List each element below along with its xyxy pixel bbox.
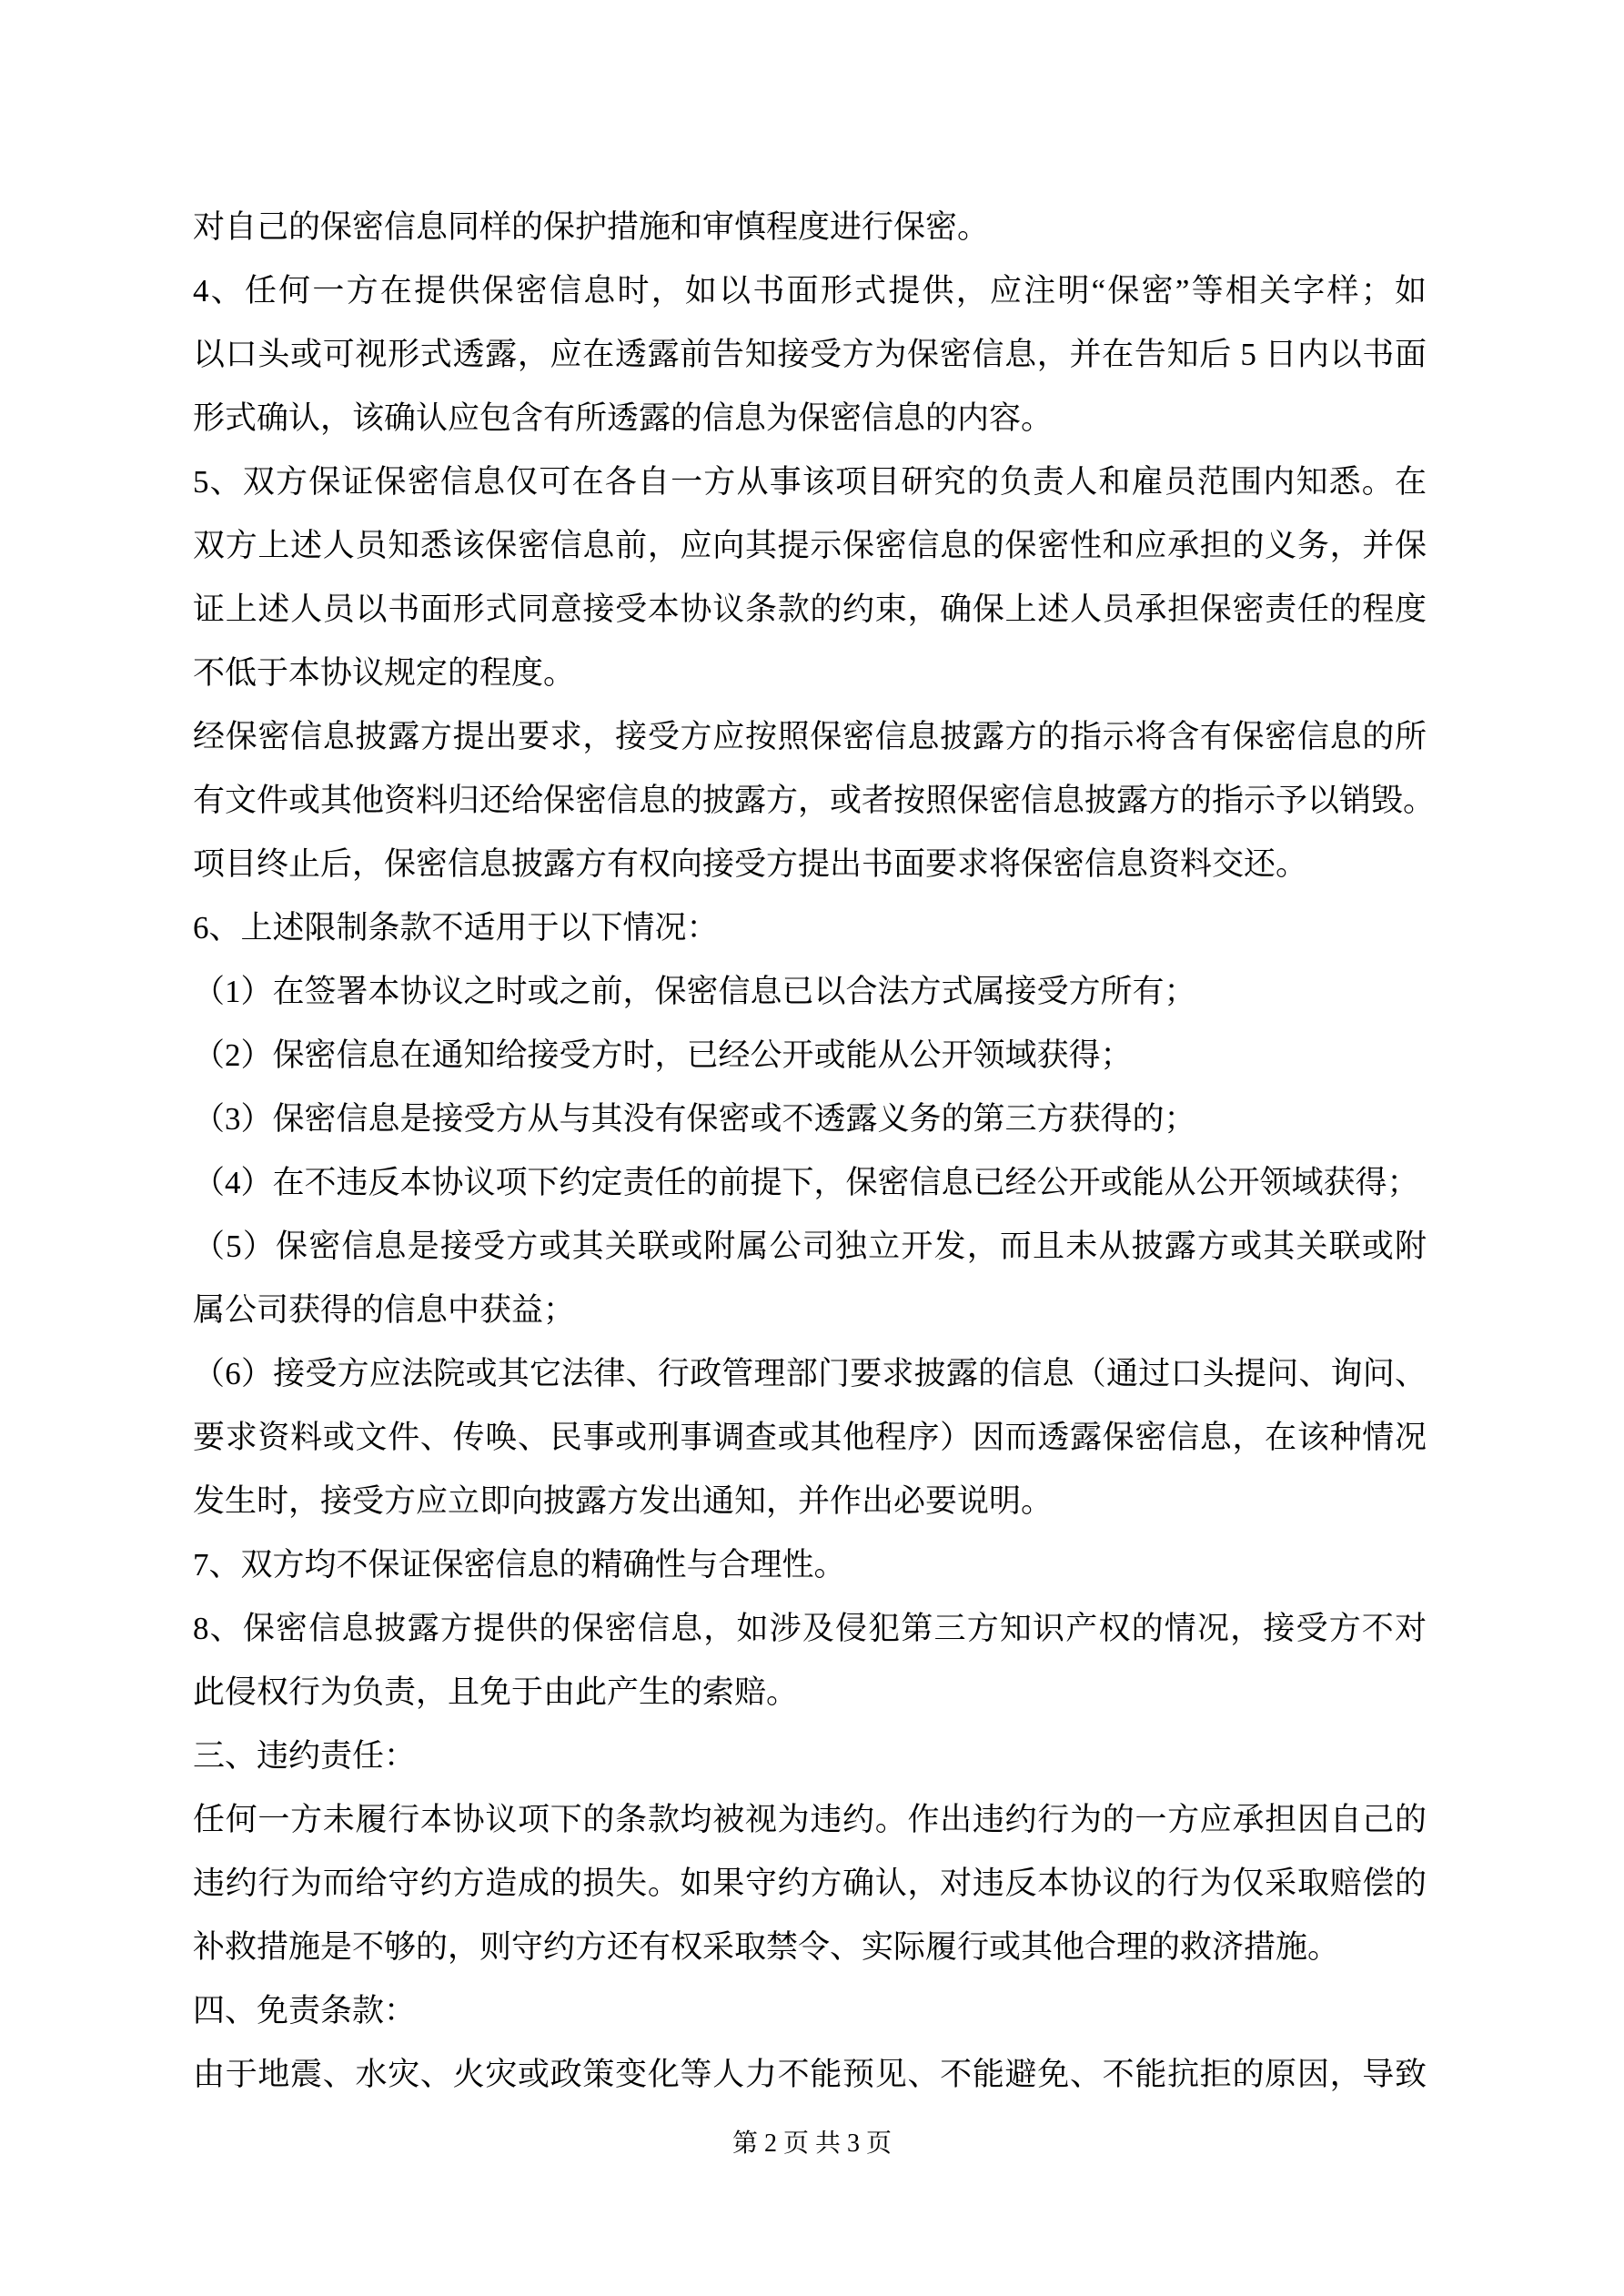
text-line: 7、双方均不保证保密信息的精确性与合理性。 xyxy=(193,1533,1427,1597)
text-line: 四、免责条款： xyxy=(193,1979,1427,2043)
text-line: 对自己的保密信息同样的保护措施和审慎程度进行保密。 xyxy=(193,196,1427,259)
text-line: （5）保密信息是接受方或其关联或附属公司独立开发，而且未从披露方或其关联或附 xyxy=(193,1215,1427,1279)
text-line: 任何一方未履行本协议项下的条款均被视为违约。作出违约行为的一方应承担因自己的 xyxy=(193,1788,1427,1852)
page-footer: 第 2 页 共 3 页 xyxy=(0,2120,1624,2168)
text-line: 此侵权行为负责，且免于由此产生的索赔。 xyxy=(193,1661,1427,1725)
text-line: 补救措施是不够的，则守约方还有权采取禁令、实际履行或其他合理的救济措施。 xyxy=(193,1916,1427,1979)
text-line: 有文件或其他资料归还给保密信息的披露方，或者按照保密信息披露方的指示予以销毁。 xyxy=(193,769,1427,833)
text-line: 要求资料或文件、传唤、民事或刑事调查或其他程序）因而透露保密信息，在该种情况 xyxy=(193,1406,1427,1470)
text-line: 属公司获得的信息中获益； xyxy=(193,1279,1427,1342)
text-line: 证上述人员以书面形式同意接受本协议条款的约束，确保上述人员承担保密责任的程度 xyxy=(193,578,1427,642)
document-page: 对自己的保密信息同样的保护措施和审慎程度进行保密。4、任何一方在提供保密信息时，… xyxy=(0,0,1624,2296)
text-line: 违约行为而给守约方造成的损失。如果守约方确认，对违反本协议的行为仅采取赔偿的 xyxy=(193,1852,1427,1916)
text-line: 4、任何一方在提供保密信息时，如以书面形式提供，应注明“保密”等相关字样；如 xyxy=(193,259,1427,323)
text-line: （3）保密信息是接受方从与其没有保密或不透露义务的第三方获得的； xyxy=(193,1087,1427,1151)
text-line: 双方上述人员知悉该保密信息前，应向其提示保密信息的保密性和应承担的义务，并保 xyxy=(193,514,1427,578)
text-line: 6、上述限制条款不适用于以下情况： xyxy=(193,896,1427,960)
text-line: 不低于本协议规定的程度。 xyxy=(193,642,1427,705)
text-line: （2）保密信息在通知给接受方时，已经公开或能从公开领域获得； xyxy=(193,1024,1427,1087)
text-line: 形式确认，该确认应包含有所透露的信息为保密信息的内容。 xyxy=(193,387,1427,450)
document-body: 对自己的保密信息同样的保护措施和审慎程度进行保密。4、任何一方在提供保密信息时，… xyxy=(193,196,1427,2107)
text-line: 8、保密信息披露方提供的保密信息，如涉及侵犯第三方知识产权的情况，接受方不对 xyxy=(193,1597,1427,1661)
text-line: 5、双方保证保密信息仅可在各自一方从事该项目研究的负责人和雇员范围内知悉。在 xyxy=(193,450,1427,514)
text-line: 经保密信息披露方提出要求，接受方应按照保密信息披露方的指示将含有保密信息的所 xyxy=(193,705,1427,769)
text-line: （1）在签署本协议之时或之前，保密信息已以合法方式属接受方所有； xyxy=(193,960,1427,1024)
text-line: 由于地震、水灾、火灾或政策变化等人力不能预见、不能避免、不能抗拒的原因，导致 xyxy=(193,2043,1427,2107)
text-line: 发生时，接受方应立即向披露方发出通知，并作出必要说明。 xyxy=(193,1470,1427,1533)
text-line: （6）接受方应法院或其它法律、行政管理部门要求披露的信息（通过口头提问、询问、 xyxy=(193,1342,1427,1406)
text-line: （4）在不违反本协议项下约定责任的前提下，保密信息已经公开或能从公开领域获得； xyxy=(193,1151,1427,1215)
text-line: 三、违约责任： xyxy=(193,1725,1427,1788)
text-line: 以口头或可视形式透露，应在透露前告知接受方为保密信息，并在告知后 5 日内以书面 xyxy=(193,323,1427,387)
text-line: 项目终止后，保密信息披露方有权向接受方提出书面要求将保密信息资料交还。 xyxy=(193,833,1427,896)
